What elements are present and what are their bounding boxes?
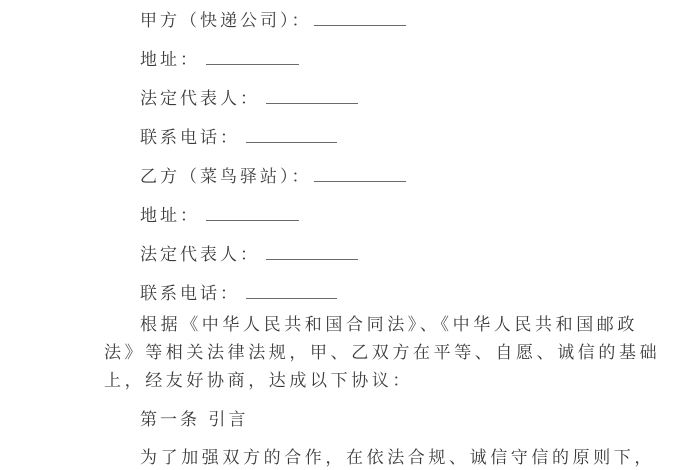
party-b-legal-rep-field: 法定代表人： (140, 240, 358, 264)
party-a-phone-blank[interactable] (246, 142, 337, 143)
party-a-name-label: 甲方（快递公司）： (140, 6, 312, 31)
party-b-phone-field: 联系电话： (140, 279, 337, 303)
preamble-line-2: 法》等相关法律法规，甲、乙双方在平等、自愿、诚信的基础 (104, 341, 660, 365)
party-a-legal-rep-label: 法定代表人： (140, 84, 260, 109)
article-1-line-1: 为了加强双方的合作，在依法合规、诚信守信的原则下， (140, 446, 655, 470)
party-a-legal-rep-blank[interactable] (266, 103, 358, 104)
party-b-legal-rep-blank[interactable] (266, 259, 358, 260)
party-a-phone-field: 联系电话： (140, 123, 337, 147)
party-b-name-field: 乙方（菜鸟驿站）： (140, 162, 406, 186)
party-a-phone-label: 联系电话： (140, 123, 240, 148)
party-a-address-label: 地址： (140, 45, 200, 70)
party-a-name-field: 甲方（快递公司）： (140, 6, 406, 30)
party-b-address-field: 地址： (140, 201, 299, 225)
party-a-name-blank[interactable] (314, 25, 406, 26)
party-b-legal-rep-label: 法定代表人： (140, 240, 260, 265)
party-a-address-blank[interactable] (206, 64, 299, 65)
party-b-address-blank[interactable] (206, 220, 299, 221)
party-b-name-label: 乙方（菜鸟驿站）： (140, 162, 312, 187)
contract-page: 甲方（快递公司）： 地址： 法定代表人： 联系电话： 乙方（菜鸟驿站）： 地址：… (0, 0, 700, 470)
party-b-phone-label: 联系电话： (140, 279, 240, 304)
preamble-line-1: 根据《中华人民共和国合同法》、《中华人民共和国邮政 (140, 313, 638, 337)
party-a-legal-rep-field: 法定代表人： (140, 84, 358, 108)
party-b-name-blank[interactable] (314, 181, 406, 182)
preamble-line-3: 上，经友好协商，达成以下协议： (104, 369, 413, 393)
article-1-heading: 第一条 引言 (140, 408, 248, 432)
party-a-address-field: 地址： (140, 45, 299, 69)
party-b-phone-blank[interactable] (246, 298, 337, 299)
party-b-address-label: 地址： (140, 201, 200, 226)
